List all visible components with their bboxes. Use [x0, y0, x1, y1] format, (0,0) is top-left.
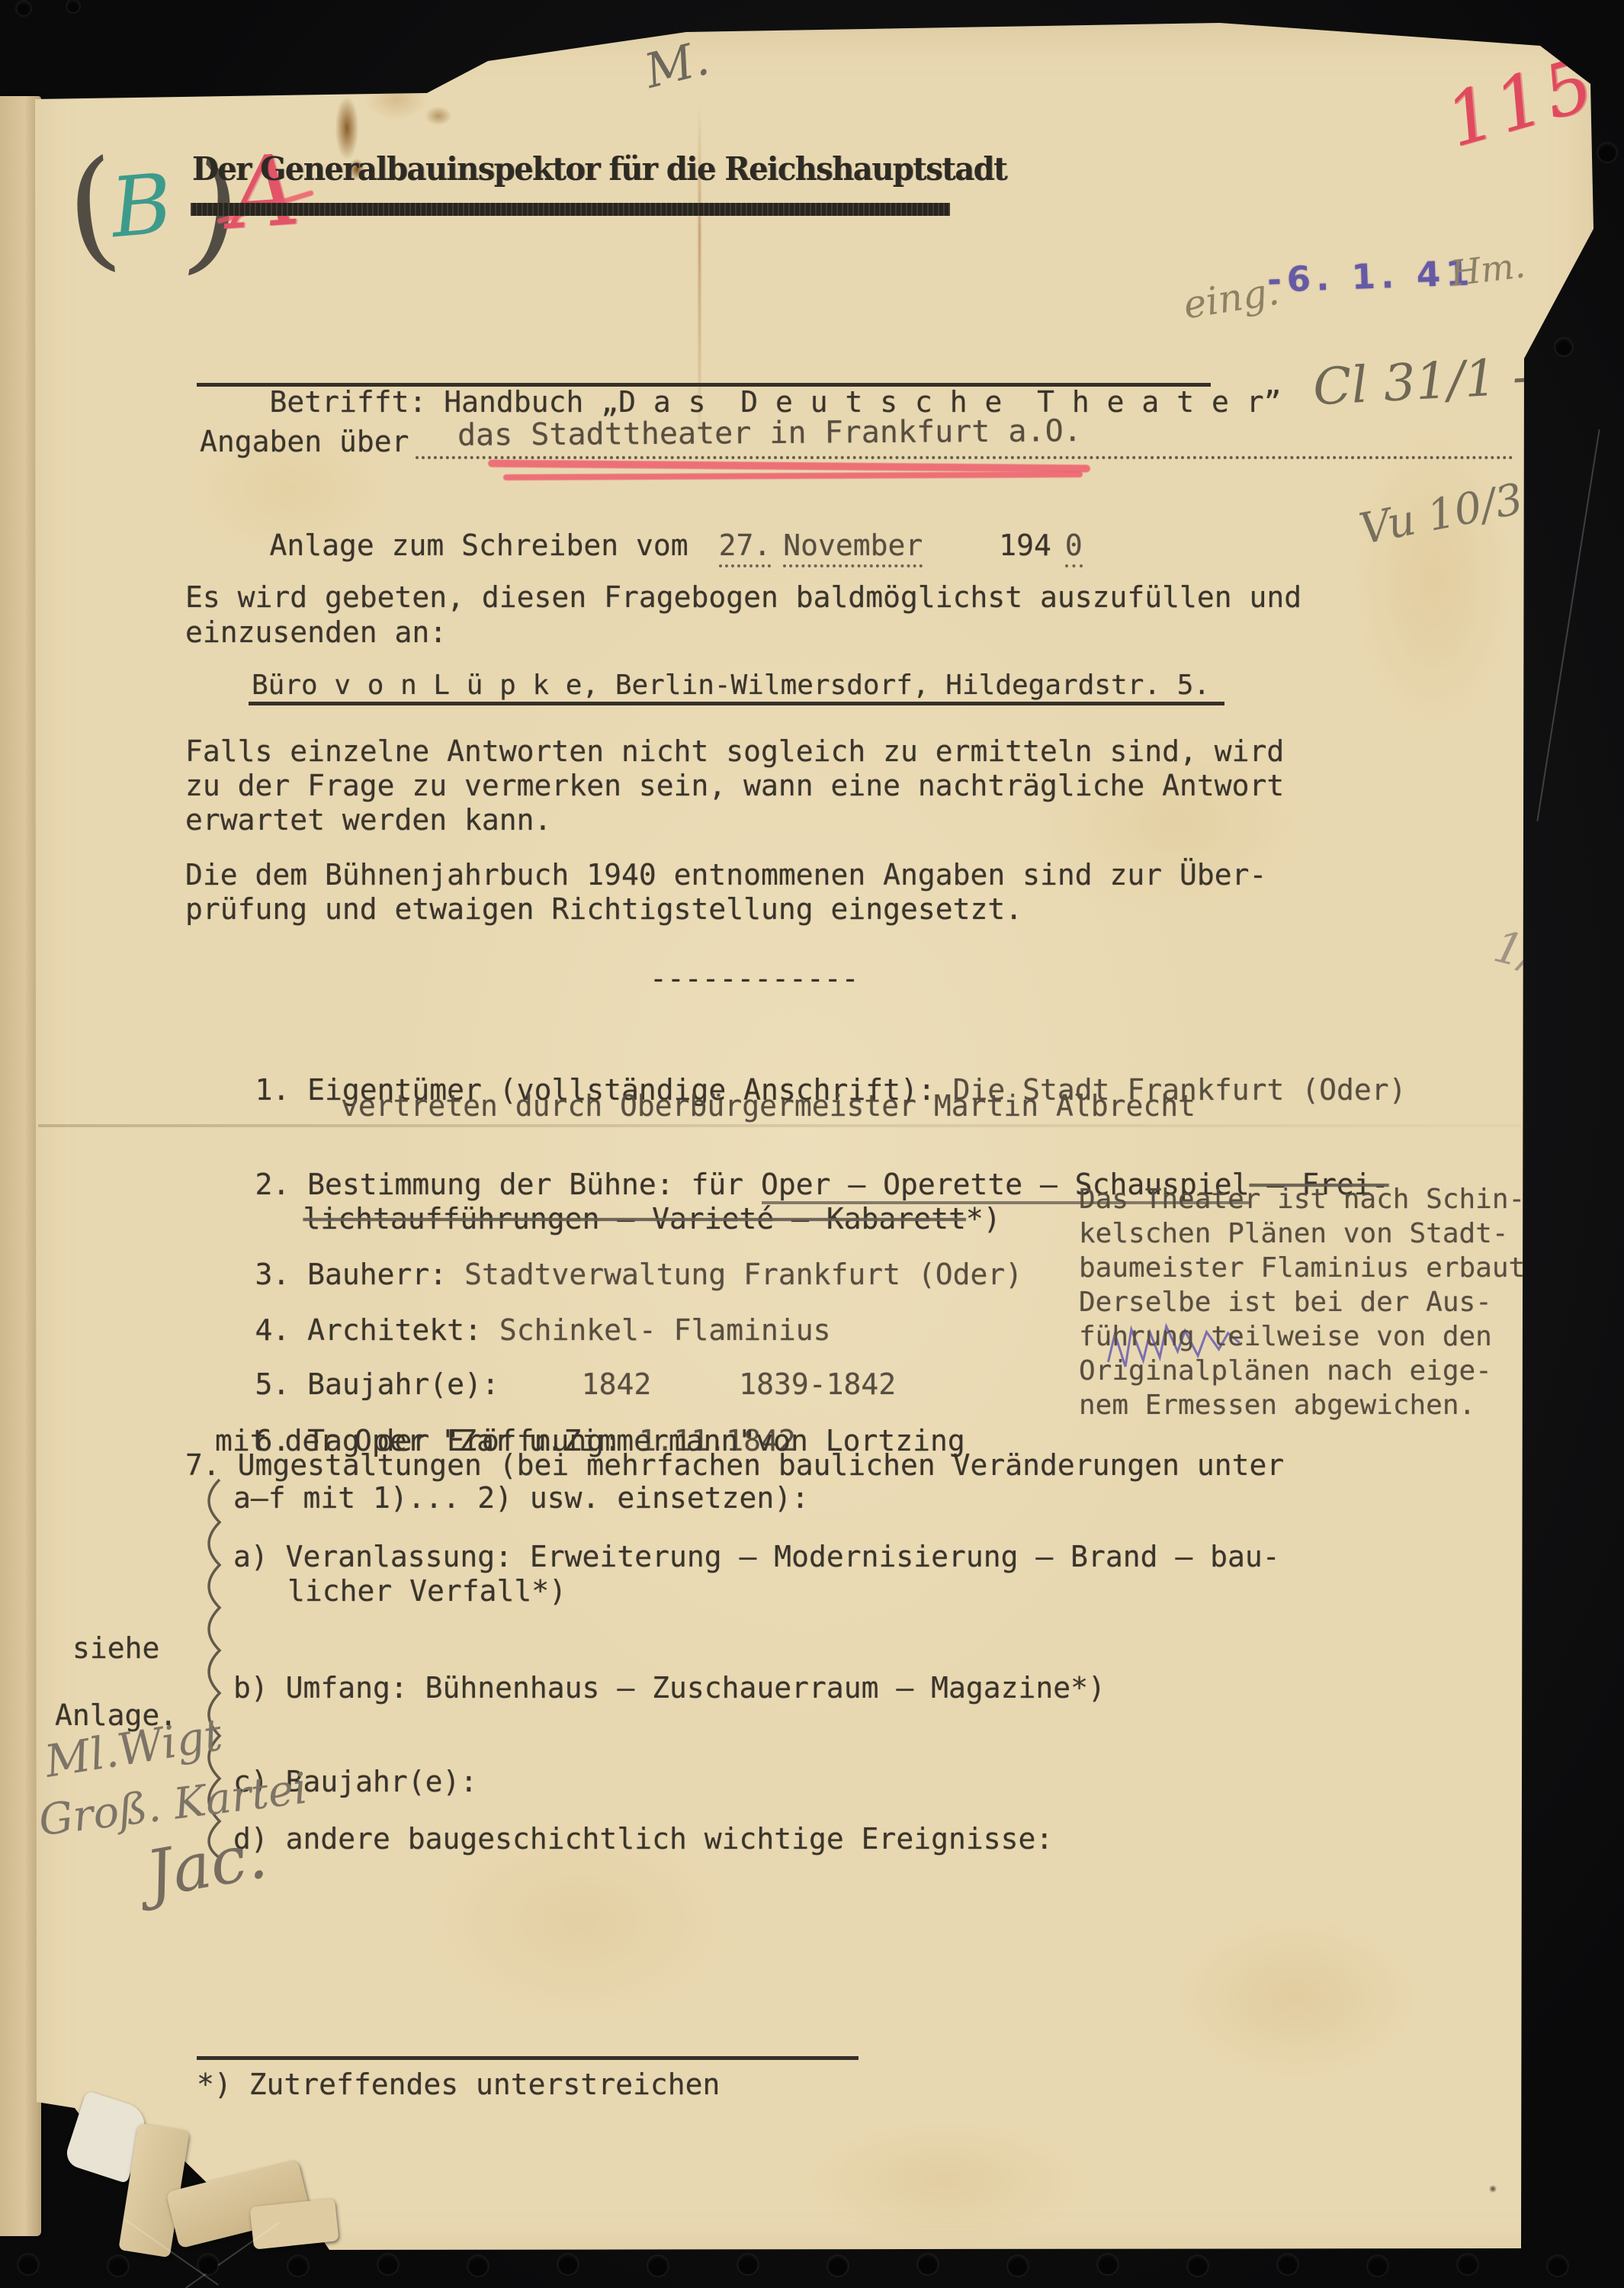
letterhead-title: Der Generalbauinspektor für die Reichsha…	[192, 150, 1006, 188]
punch-hole	[1548, 2256, 1568, 2276]
punch-hole	[558, 2254, 578, 2274]
margin-note-siehe: siehe	[72, 1631, 159, 1666]
side-note-line: Derselbe ist bei der Aus-	[1079, 1285, 1552, 1319]
subject-prefix: Handbuch „	[426, 385, 618, 419]
falls-line-1: Falls einzelne Antworten nicht sogleich …	[185, 734, 1284, 769]
angaben-dotted-line	[416, 456, 1513, 459]
punch-hole	[198, 2254, 218, 2274]
sub-item-a-line-1: a) Veranlassung: Erweiterung — Modernisi…	[233, 1539, 1280, 1574]
address-line: Büro v o n L ü p k e, Berlin-Wilmersdorf…	[252, 668, 1210, 703]
footnote-rule	[197, 2056, 859, 2060]
side-note-line: nem Ermessen abgewichen.	[1079, 1388, 1552, 1422]
intro-line-2: einzusenden an:	[185, 615, 447, 650]
item-7-line-1: 7. Umgestaltungen (bei mehrfachen baulic…	[185, 1448, 1284, 1483]
previous-page-edge	[0, 96, 41, 2236]
falls-line-2: zu der Frage zu vermerken sein, wann ein…	[185, 768, 1284, 803]
punch-hole	[1368, 2256, 1388, 2276]
document-sheet: ( B ) A M. 115 Der Generalbauinspektor f…	[0, 0, 1624, 2288]
side-note: Das Theater ist nach Schin- kelschen Plä…	[1079, 1182, 1552, 1422]
item-7-line-2: a—f mit 1)... 2) usw. einsetzen):	[233, 1480, 809, 1515]
punch-hole	[738, 2254, 758, 2274]
punch-hole	[1555, 339, 1572, 355]
separator-dashes: ------------	[650, 961, 859, 996]
intro-line-1: Es wird gebeten, diesen Fragebogen baldm…	[185, 580, 1301, 615]
footnote-text: *) Zutreffendes unterstreichen	[197, 2067, 720, 2102]
anlage-year: 194	[999, 529, 1051, 562]
punch-hole	[1598, 143, 1616, 162]
subject-underline	[197, 383, 1211, 387]
anlage-year-digit: 0	[1065, 529, 1083, 567]
side-note-line: Originalplänen nach eige-	[1079, 1354, 1552, 1388]
punch-hole	[378, 2254, 398, 2274]
letterhead-underline	[191, 203, 950, 216]
sub-item-a-line-2: licher Verfall*)	[287, 1573, 566, 1608]
angaben-label: Angaben über	[200, 424, 409, 459]
angaben-value: das Stadttheater in Frankfurt a.O.	[457, 413, 1082, 453]
punch-hole	[1008, 2256, 1028, 2276]
side-note-line: kelschen Plänen von Stadt-	[1079, 1216, 1552, 1251]
anlage-label: Anlage zum Schreiben vom	[270, 529, 688, 562]
date-stamp: -6. 1. 41	[1266, 252, 1475, 300]
punch-hole	[288, 2256, 308, 2276]
folio-number: 115	[1436, 40, 1605, 164]
punch-hole	[18, 2254, 38, 2274]
subject-label: Betrifft:	[270, 385, 427, 419]
sub-item-b: b) Umfang: Bühnenhaus — Zuschauerraum — …	[233, 1670, 1106, 1705]
punch-hole	[67, 0, 79, 12]
side-note-line: führung teilweise von den	[1079, 1319, 1552, 1354]
sub-item-d: d) andere baugeschichtlich wichtige Erei…	[233, 1821, 1053, 1856]
buehnenjahrbuch-line-1: Die dem Bühnenjahrbuch 1940 entnommenen …	[185, 857, 1266, 892]
item-1-answer-2: vertreten durch Oberbürgermeister Martin…	[341, 1088, 1196, 1123]
punch-hole	[1188, 2256, 1208, 2276]
side-note-line: Das Theater ist nach Schin-	[1079, 1182, 1552, 1216]
punch-hole	[1098, 2254, 1118, 2274]
punch-hole	[648, 2256, 668, 2276]
punch-hole	[918, 2254, 938, 2274]
corner-letter-b: B	[108, 156, 176, 256]
red-underline-1	[488, 460, 1090, 473]
punch-hole	[1278, 2254, 1298, 2274]
torn-paper-flap	[249, 2198, 339, 2249]
anlage-day: 27.	[719, 529, 772, 567]
pencil-initial-m: M.	[639, 30, 714, 99]
side-note-line: baumeister Flaminius erbaut	[1079, 1251, 1552, 1285]
pencil-note-1: Cl 31/1 -	[1311, 347, 1531, 417]
scratch-line	[1536, 429, 1600, 821]
buehnenjahrbuch-line-2: prüfung und etwaigen Richtigstellung ein…	[185, 892, 1022, 927]
pencil-note-2: Vu 10/3	[1356, 474, 1527, 554]
punch-hole	[828, 2256, 848, 2276]
falls-line-3: erwartet werden kann.	[185, 802, 551, 837]
punch-hole	[108, 2256, 128, 2276]
margin-tick: 1/	[1489, 920, 1543, 981]
anlage-month: November	[783, 529, 923, 567]
punch-hole	[17, 2, 30, 15]
address-underline	[249, 702, 1224, 705]
red-underline-2	[503, 471, 1083, 480]
punch-hole	[1458, 2254, 1478, 2274]
left-pencil-note-3: Jac.	[141, 1817, 272, 1912]
stamp-initials: Hm.	[1448, 244, 1527, 294]
punch-hole	[468, 2256, 488, 2276]
